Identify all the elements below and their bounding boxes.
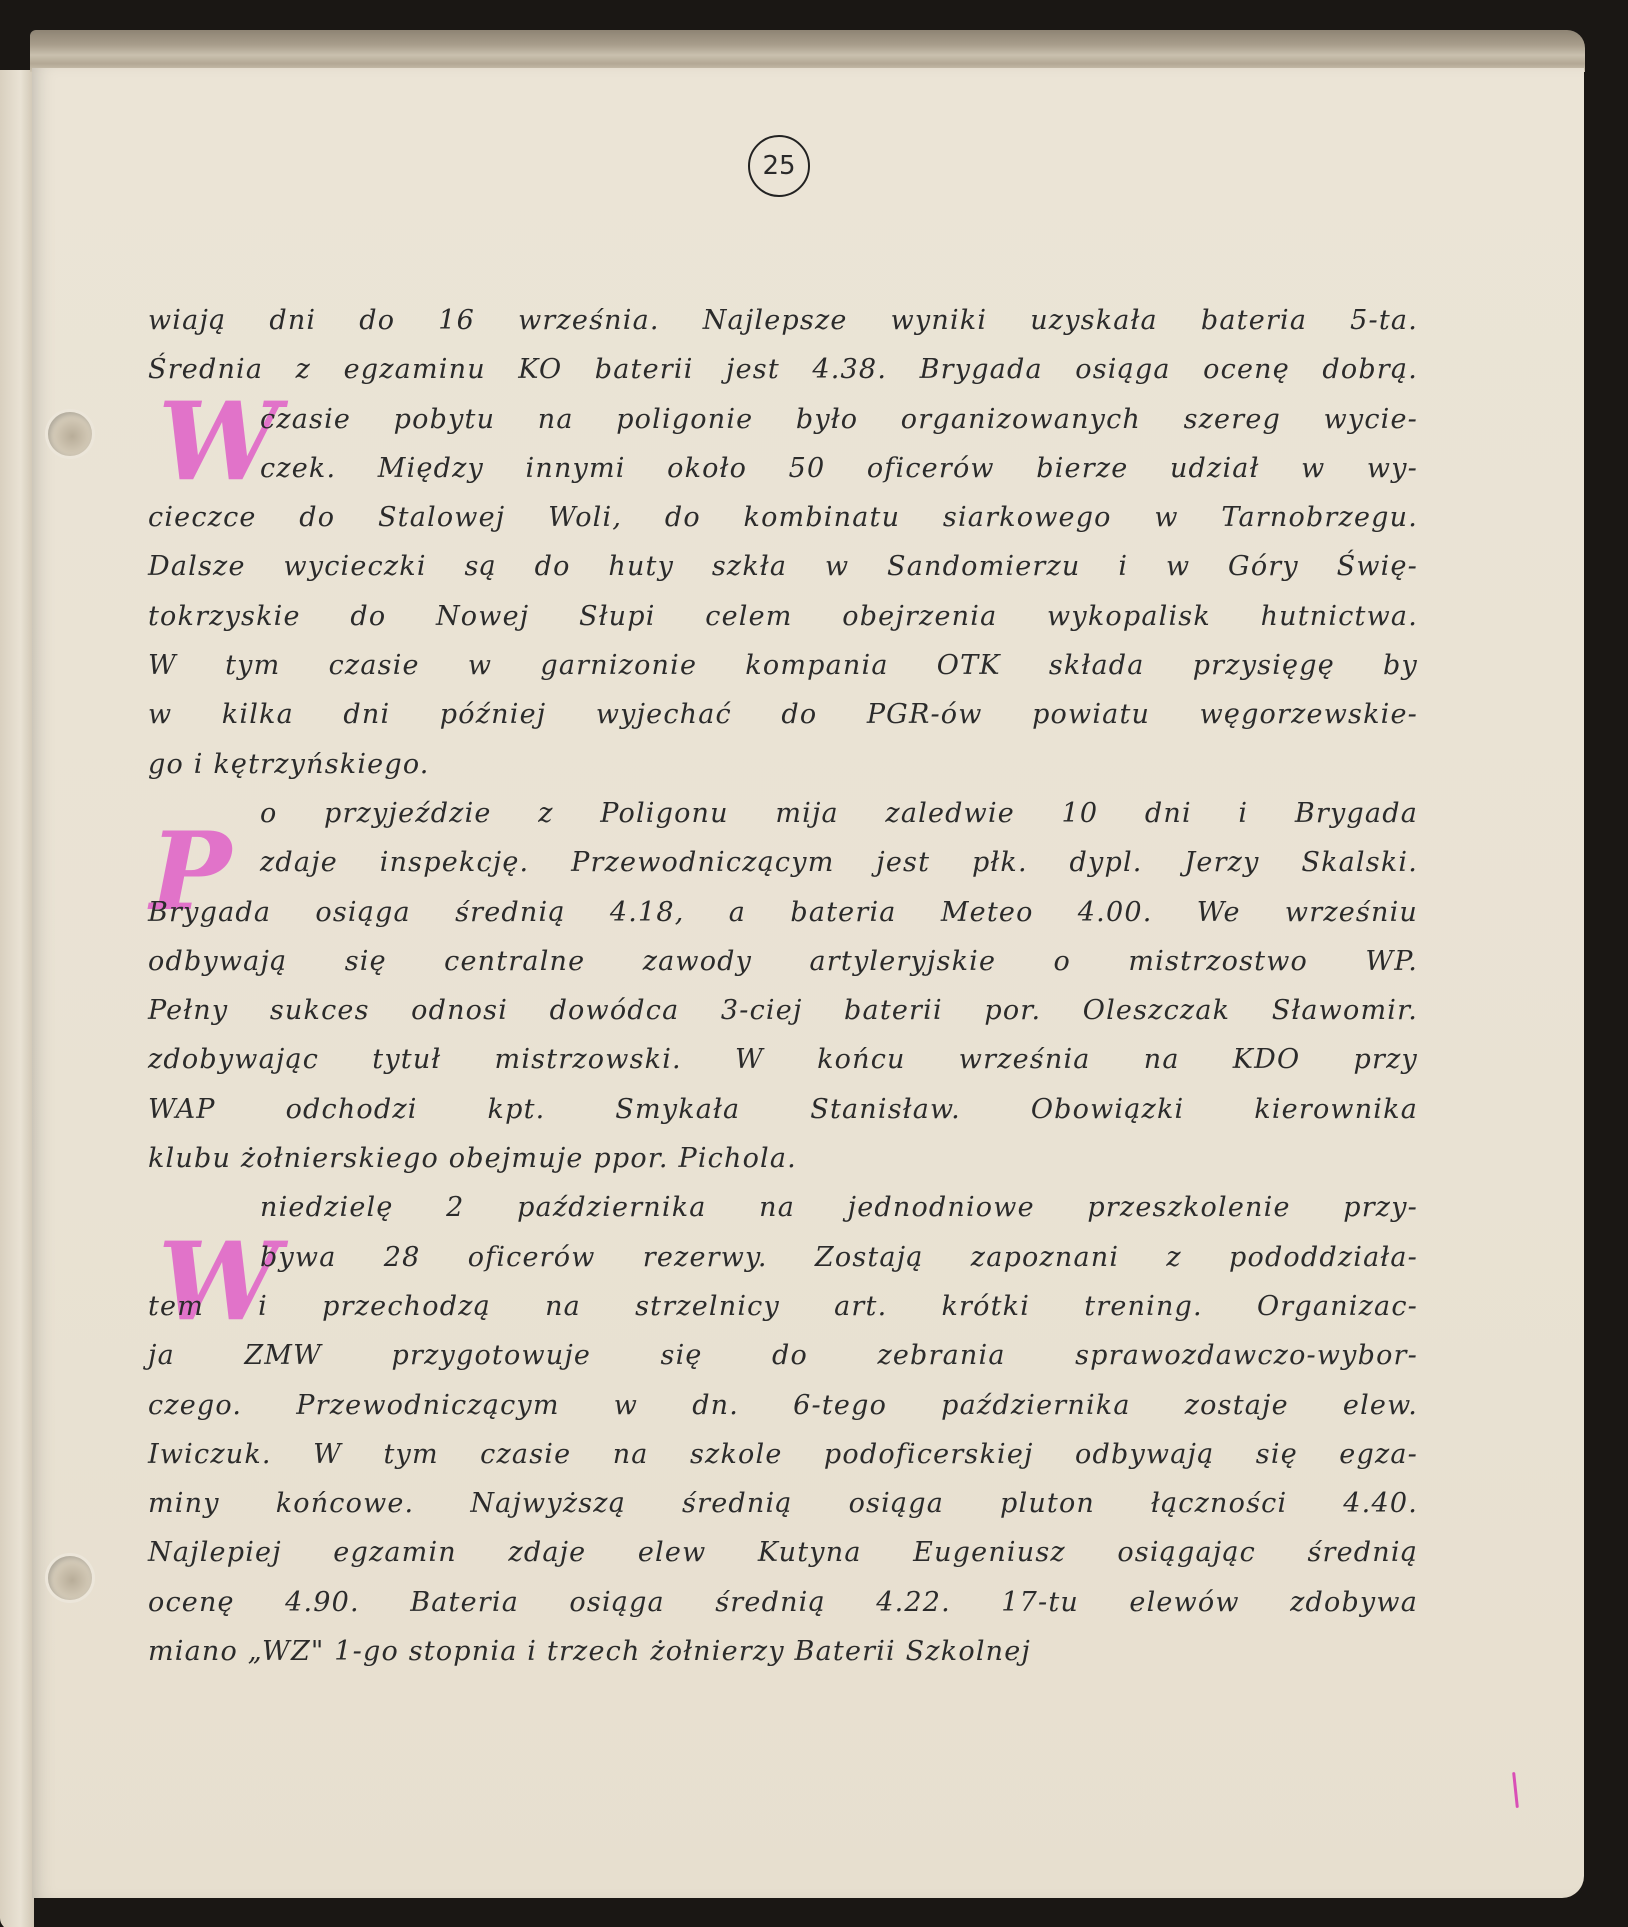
text-line: tokrzyskie do Nowej Słupi celem obejrzen…	[148, 592, 1418, 641]
text-line: tem i przechodzą na strzelnicy art. krót…	[148, 1282, 1418, 1331]
text-line: wiają dni do 16 września. Najlepsze wyni…	[148, 296, 1418, 345]
text-line: Iwiczuk. W tym czasie na szkole podofice…	[148, 1430, 1418, 1479]
binder-spine	[0, 70, 34, 1927]
text-line: zdobywając tytuł mistrzowski. W końcu wr…	[148, 1035, 1418, 1084]
punch-hole-icon	[48, 1556, 92, 1600]
text-line: Średnia z egzaminu KO baterii jest 4.38.…	[148, 345, 1418, 394]
punch-hole-icon	[48, 412, 92, 456]
page-number: 25	[748, 135, 810, 197]
text-line: czek. Między innymi około 50 oficerów bi…	[148, 444, 1418, 493]
text-line: odbywają się centralne zawody artyleryjs…	[148, 937, 1418, 986]
text-line: WAP odchodzi kpt. Smykała Stanisław. Obo…	[148, 1085, 1418, 1134]
handwritten-text: wiają dni do 16 września. Najlepsze wyni…	[148, 296, 1418, 1676]
text-line: Pełny sukces odnosi dowódca 3-ciej bater…	[148, 986, 1418, 1035]
text-line: miano „WZ" 1-go stopnia i trzech żołnier…	[148, 1627, 1418, 1676]
text-line: Najlepiej egzamin zdaje elew Kutyna Euge…	[148, 1528, 1418, 1577]
page-stack-edge	[30, 30, 1585, 72]
text-line: ja ZMW przygotowuje się do zebrania spra…	[148, 1331, 1418, 1380]
text-line: W tym czasie w garnizonie kompania OTK s…	[148, 641, 1418, 690]
text-line: zdaje inspekcję. Przewodniczącym jest pł…	[148, 838, 1418, 887]
text-line: o przyjeździe z Poligonu mija zaledwie 1…	[148, 789, 1418, 838]
text-line: Brygada osiąga średnią 4.18, a bateria M…	[148, 888, 1418, 937]
text-line: cieczce do Stalowej Woli, do kombinatu s…	[148, 493, 1418, 542]
text-line: miny końcowe. Najwyższą średnią osiąga p…	[148, 1479, 1418, 1528]
text-line: bywa 28 oficerów rezerwy. Zostają zapozn…	[148, 1233, 1418, 1282]
text-line: go i kętrzyńskiego.	[148, 740, 1418, 789]
text-line: ocenę 4.90. Bateria osiąga średnią 4.22.…	[148, 1578, 1418, 1627]
page-number-text: 25	[762, 151, 795, 181]
text-line: czasie pobytu na poligonie było organizo…	[148, 395, 1418, 444]
text-line: w kilka dni później wyjechać do PGR-ów p…	[148, 690, 1418, 739]
text-line: niedzielę 2 października na jednodniowe …	[148, 1183, 1418, 1232]
text-line: klubu żołnierskiego obejmuje ppor. Picho…	[148, 1134, 1418, 1183]
text-line: czego. Przewodniczącym w dn. 6-tego paźd…	[148, 1381, 1418, 1430]
text-line: Dalsze wycieczki są do huty szkła w Sand…	[148, 542, 1418, 591]
